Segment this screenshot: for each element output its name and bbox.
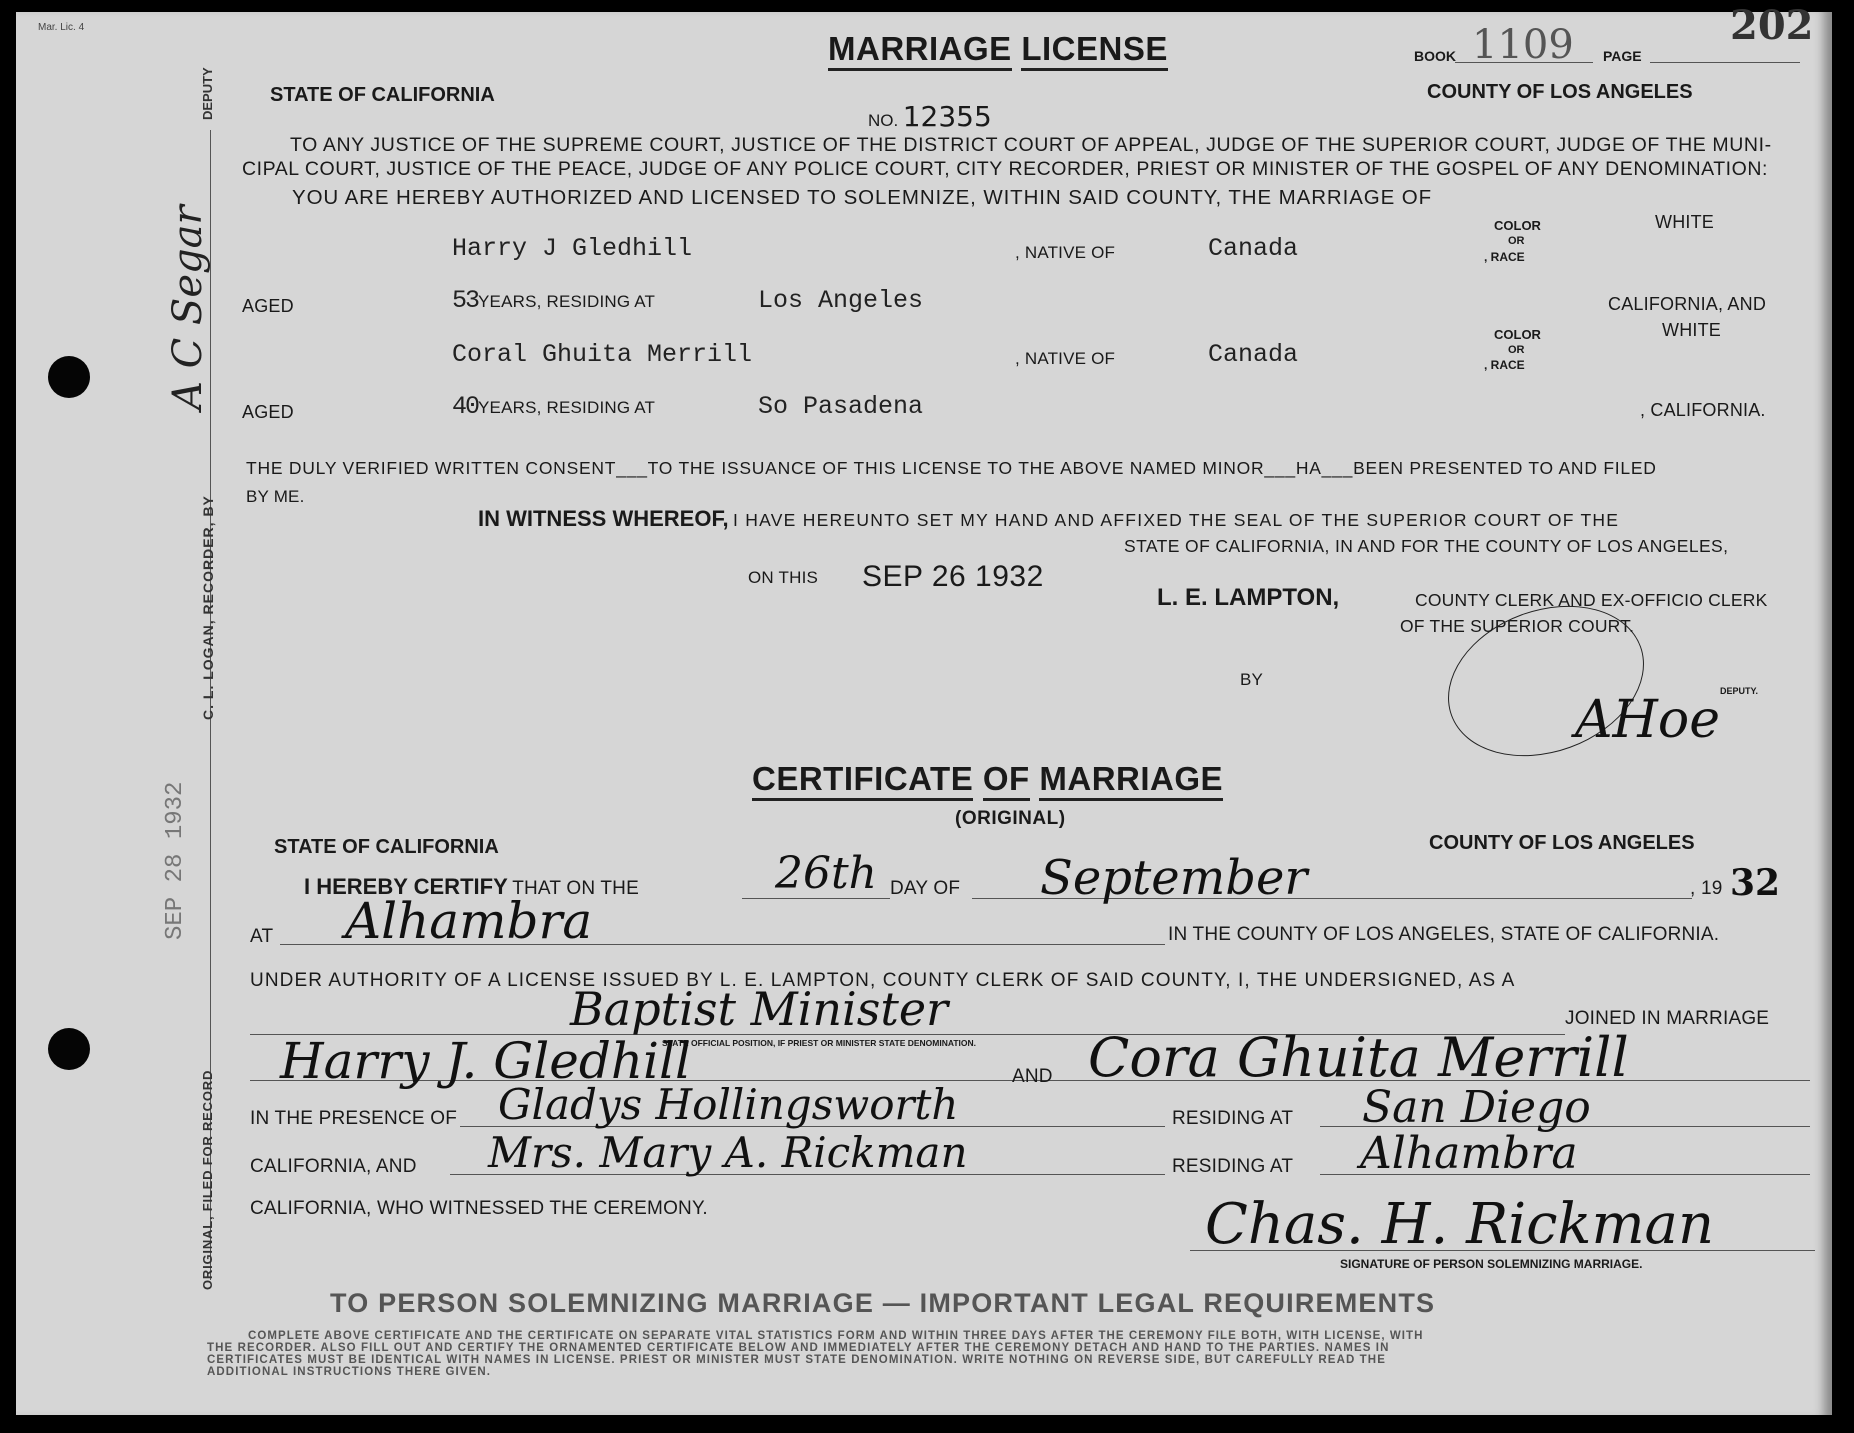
groom-race-label: , RACE (1484, 250, 1525, 264)
witness-whereof-text: I HAVE HEREUNTO SET MY HAND AND AFFIXED … (733, 510, 1619, 530)
groom-race: WHITE (1655, 212, 1714, 233)
officiant-signature: Chas. H. Rickman (1205, 1192, 1714, 1257)
certificate-title: CERTIFICATE OF MARRIAGE (752, 760, 1223, 798)
certificate-title-certificate: CERTIFICATE (752, 760, 973, 801)
requirements-line-3: CERTIFICATES MUST BE IDENTICAL WITH NAME… (207, 1354, 1386, 1366)
certificate-title-marriage: MARRIAGE (1039, 760, 1223, 801)
license-no-label: NO. 12355 (868, 100, 992, 133)
and-label: AND (1012, 1066, 1053, 1088)
day-of-label: DAY OF (890, 878, 960, 900)
marriage-day: 26th (775, 848, 877, 899)
license-title-license: LICENSE (1021, 30, 1168, 71)
bride-native-of: Canada (1208, 340, 1298, 369)
requirements-heading: TO PERSON SOLEMNIZING MARRIAGE — IMPORTA… (330, 1288, 1435, 1319)
binder-hole-top (48, 356, 90, 398)
witness-whereof-line-2: STATE OF CALIFORNIA, IN AND FOR THE COUN… (1124, 536, 1728, 557)
page-line (1650, 62, 1800, 63)
groom-aged-label: AGED (242, 296, 294, 317)
groom-name: Harry J Gledhill (452, 234, 692, 263)
witness1-residence: San Diego (1362, 1082, 1591, 1133)
clerk-name: L. E. LAMPTON, (1157, 584, 1339, 612)
deputy-label: DEPUTY. (1720, 686, 1758, 696)
who-witnessed-label: CALIFORNIA, WHO WITNESSED THE CEREMONY. (250, 1198, 708, 1220)
deputy-signature: AHoe (1575, 690, 1720, 750)
groom-age-row: 53YEARS, RESIDING AT (452, 286, 655, 315)
address-line-2: CIPAL COURT, JUSTICE OF THE PEACE, JUDGE… (242, 158, 1768, 181)
witness2-residence: Alhambra (1360, 1128, 1578, 1179)
bride-color-label: COLOR (1494, 327, 1541, 342)
official-position: Baptist Minister (570, 982, 948, 1036)
form-id: Mar. Lic. 4 (38, 22, 84, 33)
bride-residence: So Pasadena (758, 392, 923, 421)
certificate-state: STATE OF CALIFORNIA (274, 836, 499, 859)
groom-or-label: OR (1508, 235, 1525, 247)
on-this-label: ON THIS (748, 568, 818, 588)
at-label: AT (250, 926, 273, 948)
witness-whereof-bold: IN WITNESS WHEREOF, (478, 506, 729, 531)
bride-race: WHITE (1662, 320, 1721, 341)
requirements-line-1: COMPLETE ABOVE CERTIFICATE AND THE CERTI… (248, 1330, 1423, 1342)
certificate-bride-name: Cora Ghuita Merrill (1088, 1026, 1629, 1089)
bride-years-residing-label: YEARS, RESIDING AT (478, 398, 655, 417)
address-line-3: YOU ARE HEREBY AUTHORIZED AND LICENSED T… (292, 186, 1432, 210)
requirements-line-4: ADDITIONAL INSTRUCTIONS THERE GIVEN. (207, 1366, 491, 1378)
witness2-residing-label: RESIDING AT (1172, 1156, 1293, 1178)
bride-race-label: , RACE (1484, 358, 1525, 372)
presence-label: IN THE PRESENCE OF (250, 1108, 457, 1130)
issue-date: SEP 26 1932 (862, 560, 1044, 594)
witness1-residing-label: RESIDING AT (1172, 1108, 1293, 1130)
county-state-label: IN THE COUNTY OF LOS ANGELES, STATE OF C… (1168, 924, 1719, 946)
license-number: 12355 (903, 100, 992, 133)
bride-age: 40 (452, 392, 478, 421)
position-hint: STATE OFFICIAL POSITION, IF PRIEST OR MI… (662, 1038, 976, 1048)
bride-age-row: 40YEARS, RESIDING AT (452, 392, 655, 421)
filed-date-stamp: SEP 28 1932 (162, 782, 189, 940)
license-state: STATE OF CALIFORNIA (270, 84, 495, 107)
book-number: 1109 (1472, 22, 1574, 68)
consent-line-1: THE DULY VERIFIED WRITTEN CONSENT___TO T… (246, 458, 1657, 479)
certificate-title-of: OF (983, 760, 1030, 801)
groom-native-of: Canada (1208, 234, 1298, 263)
page-number: 202 (1730, 2, 1814, 49)
california-and-label: CALIFORNIA, AND (250, 1156, 417, 1178)
witness-whereof-line: IN WITNESS WHEREOF, I HAVE HEREUNTO SET … (478, 506, 1619, 532)
bride-name: Coral Ghuita Merrill (452, 340, 752, 369)
by-label: BY (1240, 670, 1263, 690)
license-title-marriage: MARRIAGE (828, 30, 1012, 71)
marriage-month: September (1040, 850, 1307, 906)
certificate-county: COUNTY OF LOS ANGELES (1429, 832, 1695, 855)
consent-line-2: BY ME. (246, 487, 305, 507)
bride-native-of-label: , NATIVE OF (1015, 349, 1115, 369)
book-label: BOOK (1414, 48, 1456, 64)
bride-or-label: OR (1508, 344, 1525, 356)
margin-deputy-signature: A C Segar (165, 205, 211, 410)
year-prefix: , 19 (1690, 878, 1723, 900)
margin-filed-label: ORIGINAL, FILED FOR RECORD (200, 1070, 215, 1290)
no-label: NO. (868, 111, 898, 130)
license-county: COUNTY OF LOS ANGELES (1427, 81, 1693, 104)
license-title: MARRIAGE LICENSE (828, 30, 1168, 68)
margin-recorder-label: C. L. LOGAN, RECORDER, BY (200, 495, 216, 720)
page-label: PAGE (1603, 48, 1642, 64)
groom-residence-suffix: CALIFORNIA, AND (1608, 294, 1766, 315)
groom-residence: Los Angeles (758, 286, 923, 315)
binder-hole-bottom (48, 1028, 90, 1070)
marriage-place: Alhambra (345, 892, 592, 950)
requirements-line-2: THE RECORDER. ALSO FILL OUT AND CERTIFY … (207, 1342, 1390, 1354)
certificate-subtitle: (ORIGINAL) (955, 808, 1066, 830)
bride-residence-suffix: , CALIFORNIA. (1640, 400, 1766, 421)
groom-years-residing-label: YEARS, RESIDING AT (478, 292, 655, 311)
margin-deputy-label: DEPUTY (200, 67, 215, 120)
witness1-name: Gladys Hollingsworth (498, 1080, 958, 1129)
address-line-1: TO ANY JUSTICE OF THE SUPREME COURT, JUS… (290, 134, 1772, 157)
groom-color-label: COLOR (1494, 218, 1541, 233)
groom-age: 53 (452, 286, 478, 315)
witness2-name: Mrs. Mary A. Rickman (488, 1128, 968, 1177)
bride-aged-label: AGED (242, 402, 294, 423)
signature-label: SIGNATURE OF PERSON SOLEMNIZING MARRIAGE… (1340, 1257, 1642, 1271)
groom-native-of-label: , NATIVE OF (1015, 243, 1115, 263)
marriage-year: 32 (1730, 862, 1780, 904)
